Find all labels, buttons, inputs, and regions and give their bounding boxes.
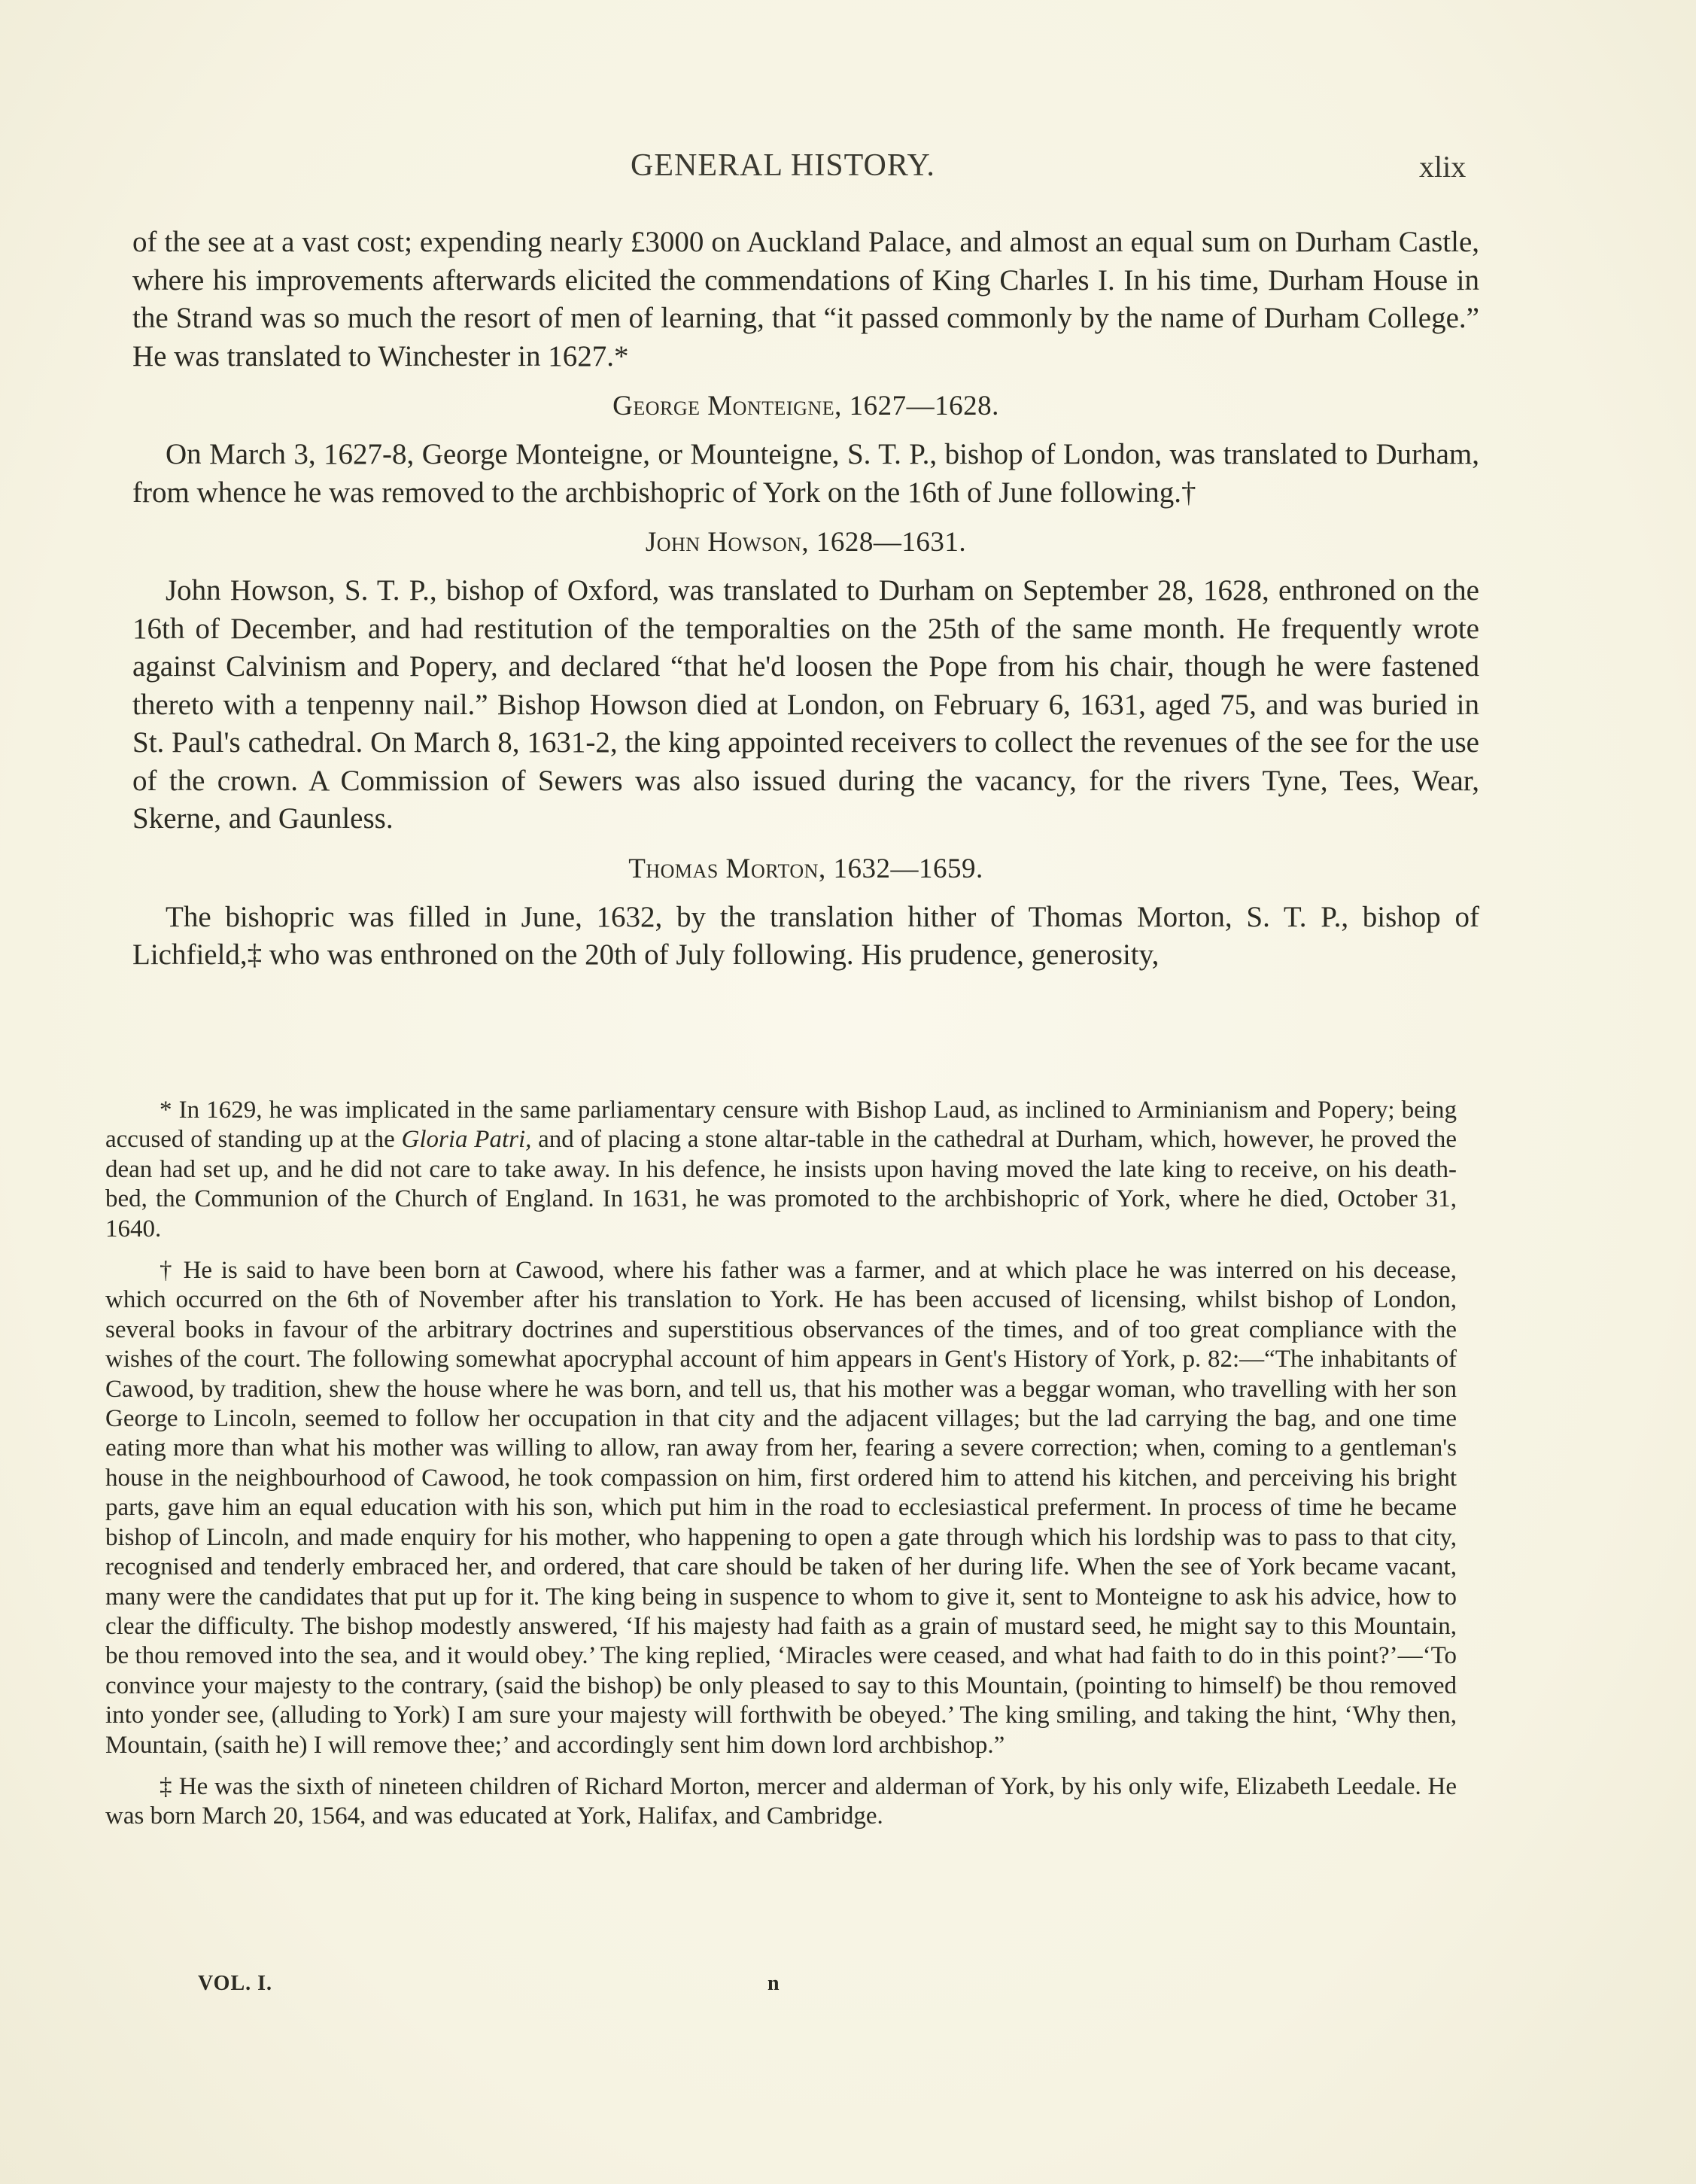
footnote-mark: * bbox=[160, 1097, 172, 1124]
paragraph-monteigne: On March 3, 1627-8, George Monteigne, or… bbox=[132, 436, 1479, 512]
footnote-italic: Gloria Patri, bbox=[402, 1126, 532, 1153]
section-heading-howson: John Howson, 1628—1631. bbox=[132, 524, 1479, 561]
signature-line: VOL. I. n bbox=[0, 1972, 1696, 2009]
heading-name: John Howson, bbox=[646, 527, 809, 558]
footnote-mark: † bbox=[160, 1257, 175, 1284]
running-title: GENERAL HISTORY. bbox=[631, 148, 935, 184]
heading-years: 1632—1659. bbox=[826, 853, 983, 884]
main-text: of the see at a vast cost; expending nea… bbox=[132, 224, 1479, 975]
section-heading-morton: Thomas Morton, 1632—1659. bbox=[132, 850, 1479, 888]
footnote-mark: ‡ bbox=[160, 1773, 172, 1800]
footnotes: * In 1629, he was implicated in the same… bbox=[105, 1096, 1457, 1844]
running-head: GENERAL HISTORY. xlix bbox=[0, 148, 1696, 193]
section-heading-monteigne: George Monteigne, 1627—1628. bbox=[132, 388, 1479, 425]
footnote-double-dagger: ‡ He was the sixth of nineteen children … bbox=[105, 1772, 1457, 1832]
heading-years: 1628—1631. bbox=[809, 527, 966, 558]
footnote-dagger: † He is said to have been born at Cawood… bbox=[105, 1256, 1457, 1760]
paragraph-howson: John Howson, S. T. P., bishop of Oxford,… bbox=[132, 572, 1479, 838]
heading-name: Thomas Morton, bbox=[628, 853, 825, 884]
volume-label: VOL. I. bbox=[198, 1972, 272, 1996]
intro-paragraph: of the see at a vast cost; expending nea… bbox=[132, 224, 1479, 376]
footnote-text: He was the sixth of nineteen children of… bbox=[105, 1773, 1457, 1830]
footnote-asterisk: * In 1629, he was implicated in the same… bbox=[105, 1096, 1457, 1244]
signature-mark: n bbox=[767, 1972, 780, 1996]
paragraph-morton: The bishopric was filled in June, 1632, … bbox=[132, 899, 1479, 975]
book-page: GENERAL HISTORY. xlix of the see at a va… bbox=[0, 0, 1696, 2184]
heading-years: 1627—1628. bbox=[842, 391, 999, 421]
page-number: xlix bbox=[1419, 149, 1466, 184]
footnote-text: He is said to have been born at Cawood, … bbox=[105, 1257, 1457, 1759]
heading-name: George Monteigne, bbox=[612, 391, 842, 421]
